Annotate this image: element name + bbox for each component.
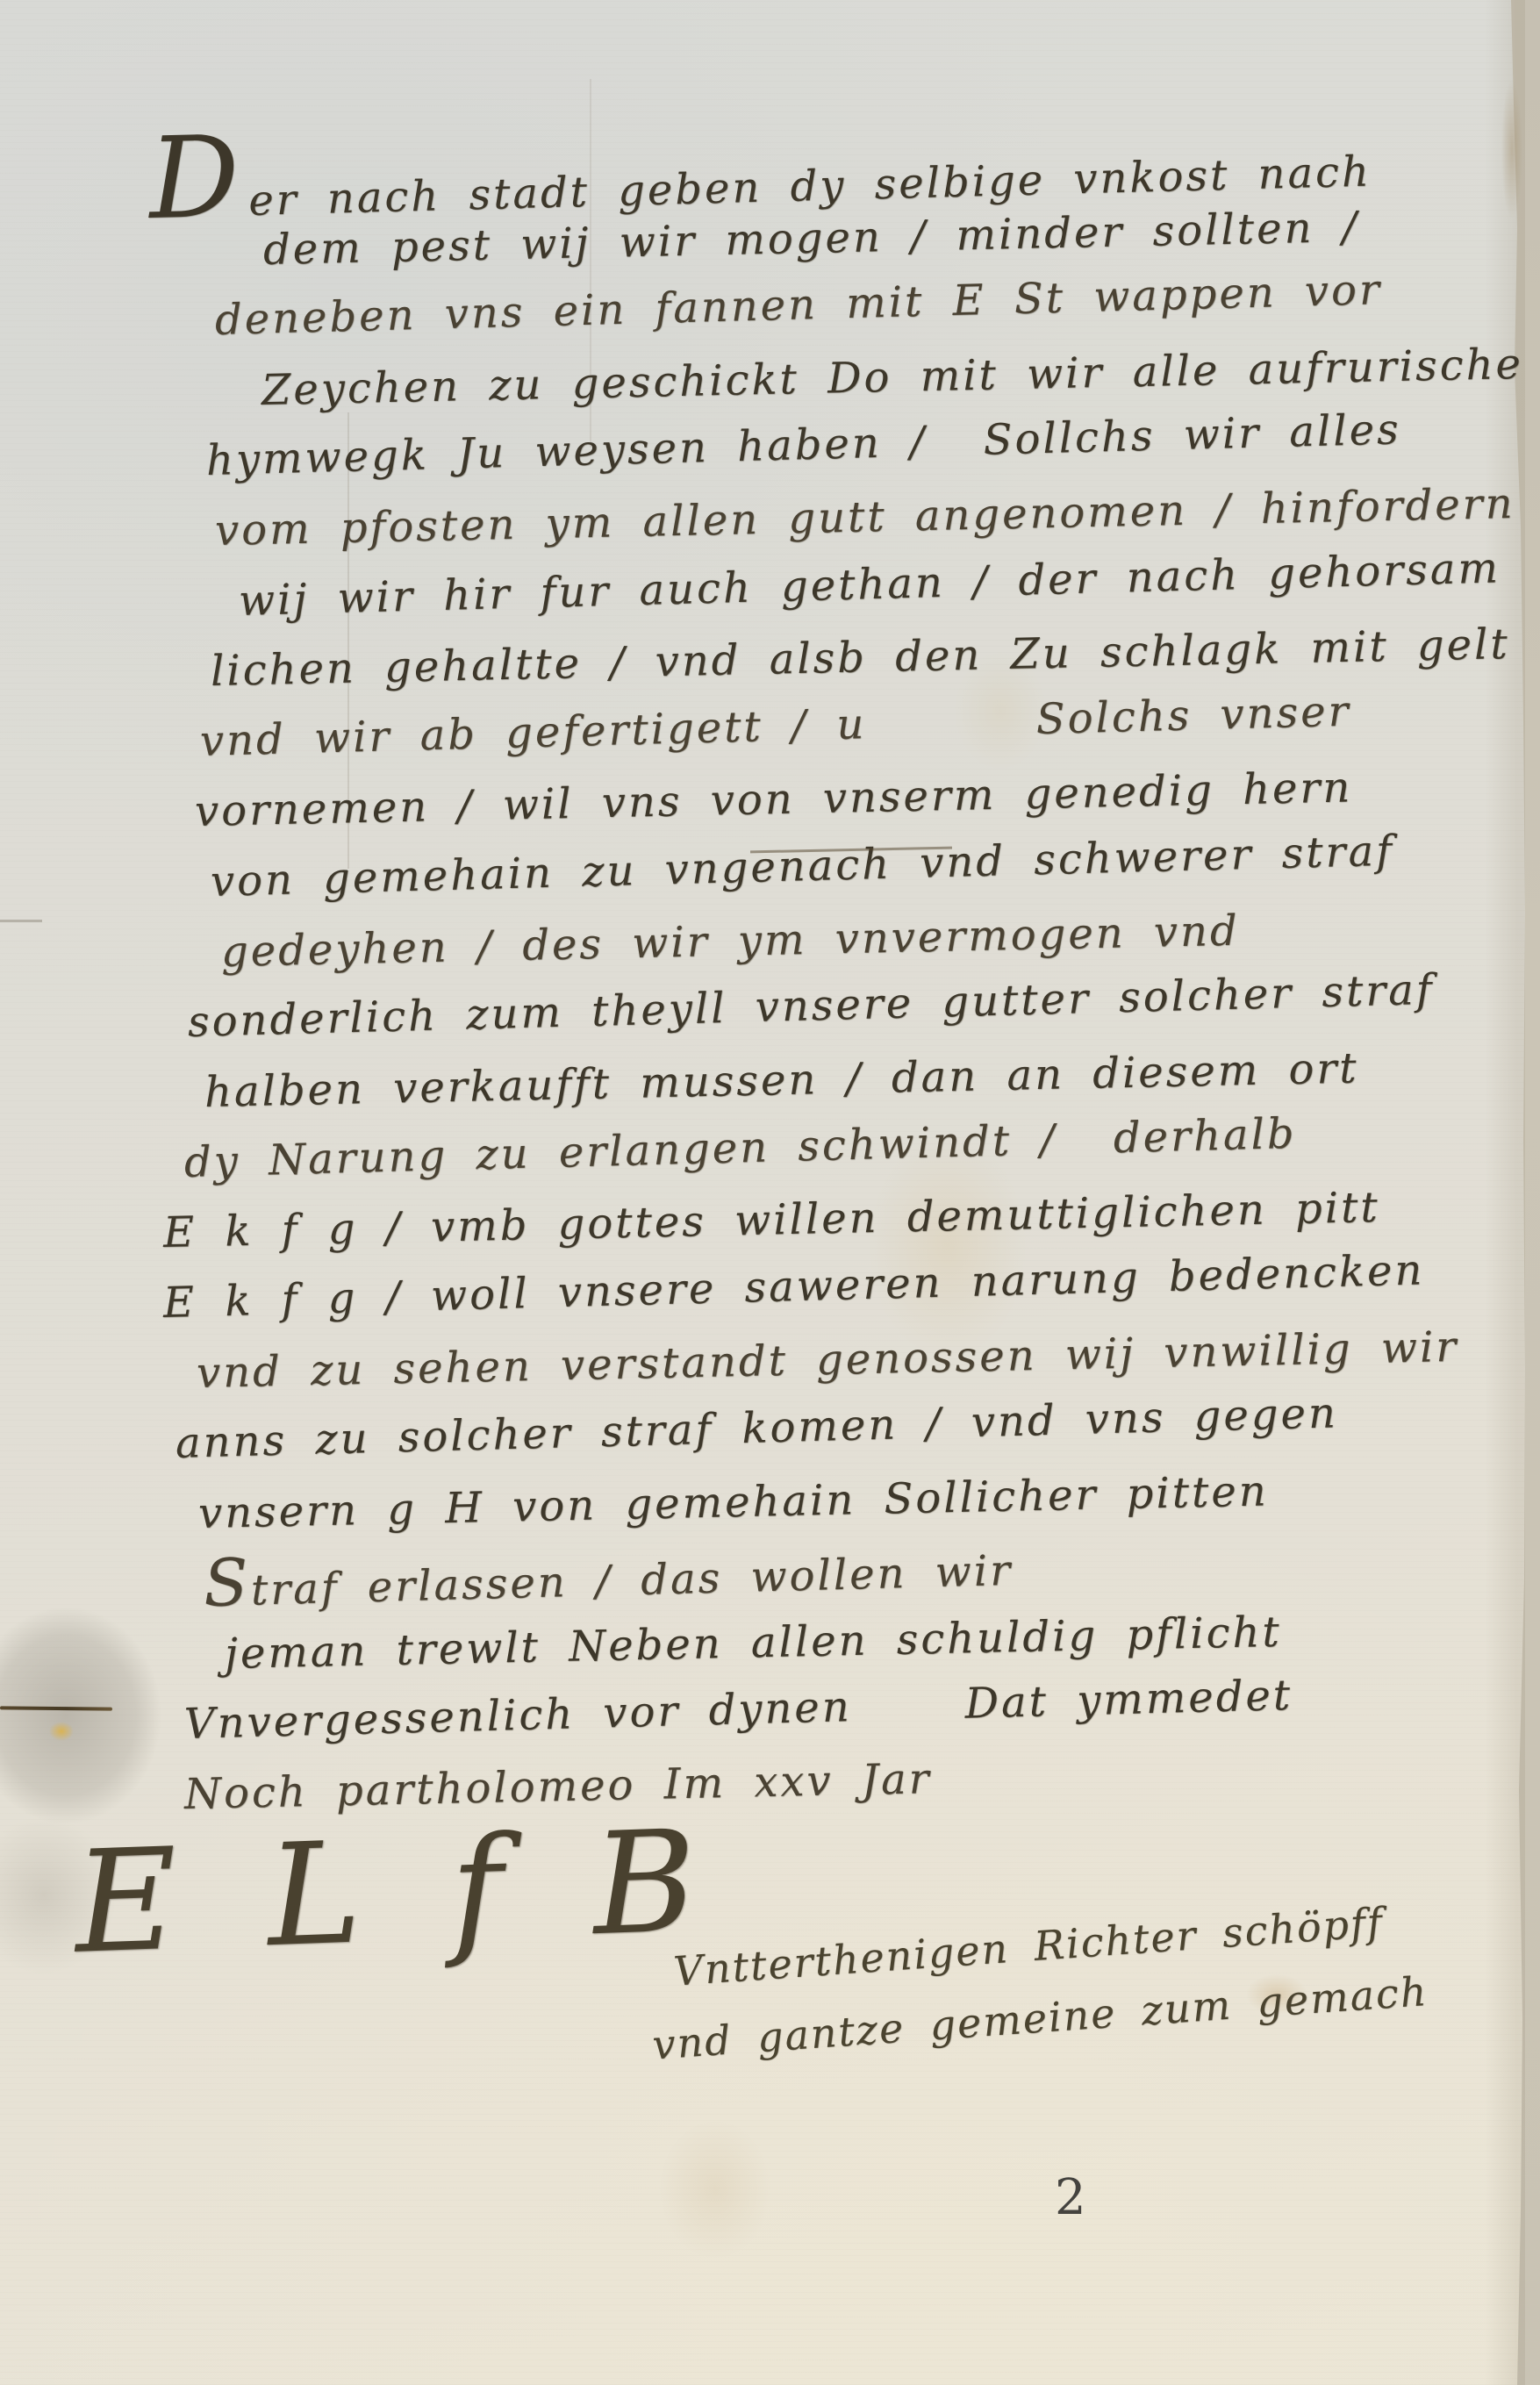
manuscript-scan: Der nach stadt geben dy selbige vnkost n… <box>0 0 1540 2385</box>
manuscript-text-block: Der nach stadt geben dy selbige vnkost n… <box>0 145 1540 1830</box>
page-number: 2 <box>1055 2169 1086 2226</box>
monogram-initials: E L f B <box>72 1798 722 1985</box>
foxing-streak-bottom <box>641 2097 790 2281</box>
